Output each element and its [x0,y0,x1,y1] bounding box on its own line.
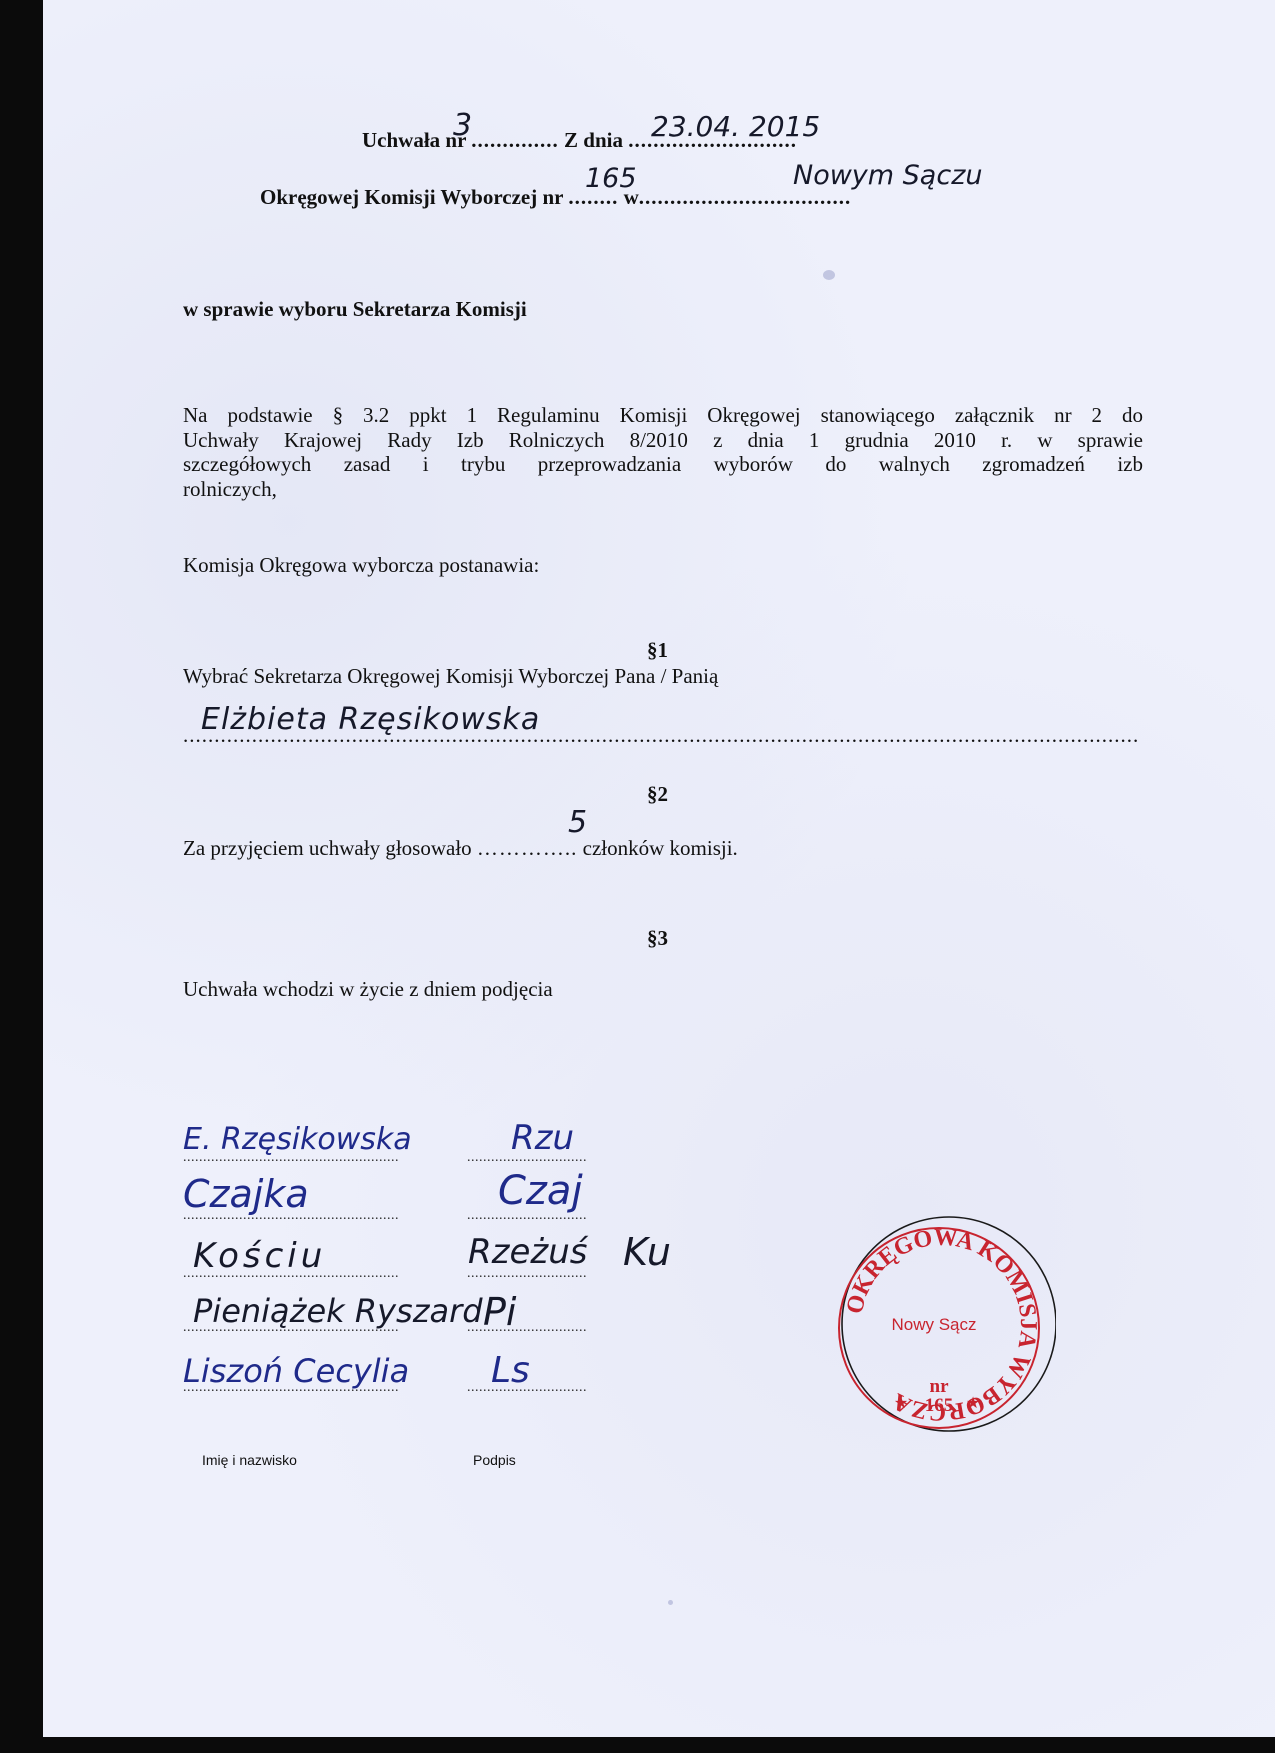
stamp-seal-icon: OKRĘGOWA KOMISJA WYBORCZA Nowy Sącz nr 1… [826,1210,1056,1440]
svg-text:nr: nr [930,1376,950,1397]
legal-basis-line: rolniczych, [183,477,1143,502]
resolution-number-handwritten: 3 [453,108,472,143]
votes-count-handwritten: 5 [568,805,587,840]
svg-text:★: ★ [894,1395,908,1412]
resolution-subject: w sprawie wyboru Sekretarza Komisji [183,297,527,322]
section-2-text: Za przyjęciem uchwały głosowało ………….. c… [183,836,738,861]
commission-header: Okręgowej Komisji Wyborczej nr ........ … [260,185,851,210]
resolution-label: Uchwała nr [362,128,466,152]
commission-stamp: OKRĘGOWA KOMISJA WYBORCZA Nowy Sącz nr 1… [826,1210,1056,1440]
svg-text:Nowy Sącz: Nowy Sącz [891,1315,976,1334]
commission-label: Okręgowej Komisji Wyborczej nr [260,185,563,209]
document-page: Uchwała nr .............. Z dnia .......… [43,0,1275,1737]
legal-basis-line: Uchwały Krajowej Rady Izb Rolniczych 8/2… [183,428,1143,453]
legal-basis-line: Na podstawie § 3.2 ppkt 1 Regulaminu Kom… [183,403,1143,428]
section-3-text: Uchwała wchodzi w życie z dniem podjęcia [183,977,553,1002]
svg-text:★: ★ [966,1395,980,1412]
section-2-heading: §2 [647,782,668,807]
section-1-heading: §1 [647,638,668,663]
date-label: Z dnia [564,128,623,152]
signature-extra-mark: Ku [623,1230,671,1274]
secretary-name-line: ........................................… [183,723,1168,748]
commission-number-handwritten: 165 [585,163,637,194]
signature-column-label: Podpis [473,1452,516,1468]
decision-intro: Komisja Okręgowa wyborcza postanawia: [183,553,539,578]
legal-basis-line: szczegółowych zasad i trybu przeprowadza… [183,452,1143,477]
date-handwritten: 23.04. 2015 [651,110,820,143]
scan-speck [823,270,835,280]
scan-speck [668,1600,673,1605]
section-1-text: Wybrać Sekretarza Okręgowej Komisji Wybo… [183,664,718,689]
section-3-heading: §3 [647,926,668,951]
svg-text:165: 165 [925,1395,954,1416]
name-column-label: Imię i nazwisko [202,1452,297,1468]
legal-basis-paragraph: Na podstawie § 3.2 ppkt 1 Regulaminu Kom… [183,403,1143,501]
place-handwritten: Nowym Sączu [793,160,982,191]
